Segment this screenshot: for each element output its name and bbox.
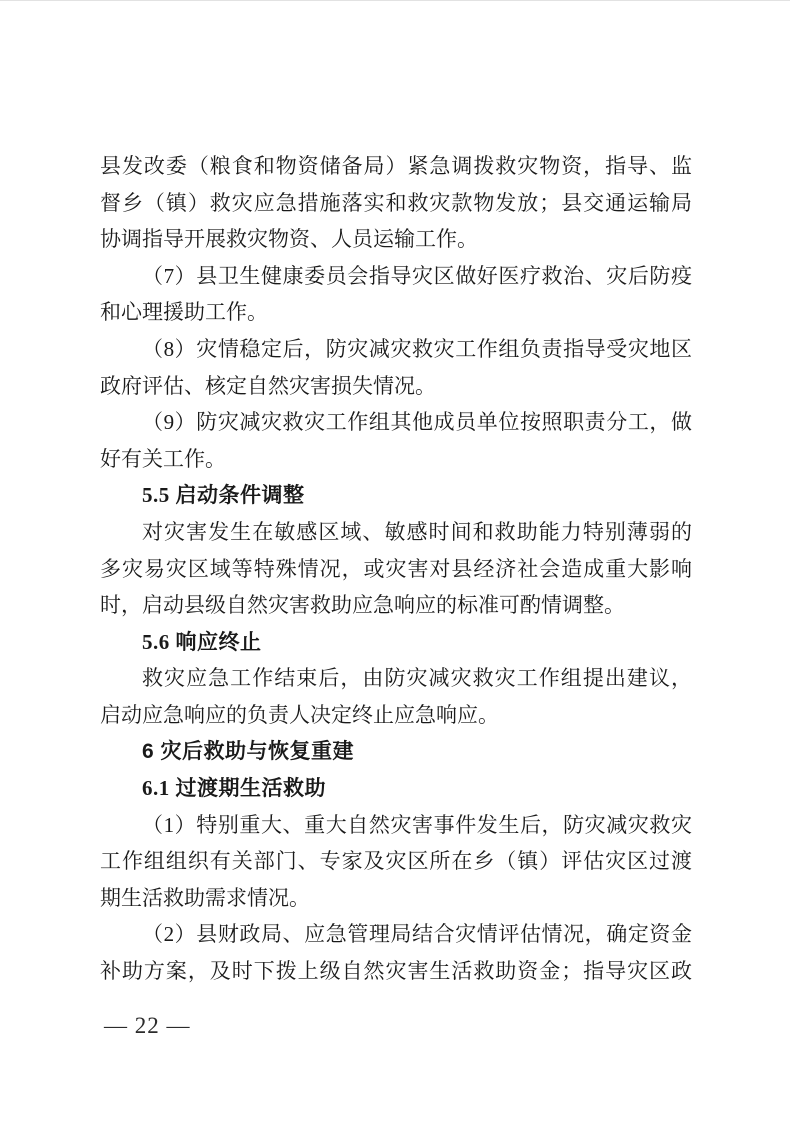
page-number: — 22 — xyxy=(104,1012,191,1040)
para-5-5-body-line-2: 多灾易灾区域等特殊情况，或灾害对县经济社会造成重大影响 xyxy=(100,551,692,588)
para-5-6-body-line-1: 救灾应急工作结束后，由防灾减灾救灾工作组提出建议， xyxy=(100,660,692,697)
heading-6-1-line-1: 6.1 过渡期生活救助 xyxy=(100,770,692,807)
heading-6-line-1: 6 灾后救助与恢复重建 xyxy=(100,734,692,771)
para-item-1-line-1: （1）特别重大、重大自然灾害事件发生后，防灾减灾救灾 xyxy=(100,807,692,844)
heading-5-6-line-1: 5.6 响应终止 xyxy=(100,624,692,661)
para-item-8-line-2: 政府评估、核定自然灾害损失情况。 xyxy=(100,368,692,405)
para-continuation-transport-line-3: 协调指导开展救灾物资、人员运输工作。 xyxy=(100,221,692,258)
para-item-1-line-2: 工作组组织有关部门、专家及灾区所在乡（镇）评估灾区过渡 xyxy=(100,843,692,880)
document-body: 县发改委（粮食和物资储备局）紧急调拨救灾物资，指导、监督乡（镇）救灾应急措施落实… xyxy=(100,148,692,990)
para-item-1-line-3: 期生活救助需求情况。 xyxy=(100,880,692,917)
heading-5-5-line-1: 5.5 启动条件调整 xyxy=(100,477,692,514)
para-item-7-line-2: 和心理援助工作。 xyxy=(100,294,692,331)
para-continuation-transport-line-2: 督乡（镇）救灾应急措施落实和救灾款物发放；县交通运输局 xyxy=(100,185,692,222)
para-item-7-line-1: （7）县卫生健康委员会指导灾区做好医疗救治、灾后防疫 xyxy=(100,258,692,295)
para-item-9-line-1: （9）防灾减灾救灾工作组其他成员单位按照职责分工，做 xyxy=(100,404,692,441)
para-item-2-line-2: 补助方案，及时下拨上级自然灾害生活救助资金；指导灾区政 xyxy=(100,953,692,990)
para-item-8-line-1: （8）灾情稳定后，防灾减灾救灾工作组负责指导受灾地区 xyxy=(100,331,692,368)
document-page: 县发改委（粮食和物资储备局）紧急调拨救灾物资，指导、监督乡（镇）救灾应急措施落实… xyxy=(0,0,790,1123)
para-5-6-body-line-2: 启动应急响应的负责人决定终止应急响应。 xyxy=(100,697,692,734)
para-item-2-line-1: （2）县财政局、应急管理局结合灾情评估情况，确定资金 xyxy=(100,916,692,953)
para-continuation-transport-line-1: 县发改委（粮食和物资储备局）紧急调拨救灾物资，指导、监 xyxy=(100,148,692,185)
para-5-5-body-line-3: 时，启动县级自然灾害救助应急响应的标准可酌情调整。 xyxy=(100,587,692,624)
para-5-5-body-line-1: 对灾害发生在敏感区域、敏感时间和救助能力特别薄弱的 xyxy=(100,514,692,551)
para-item-9-line-2: 好有关工作。 xyxy=(100,441,692,478)
